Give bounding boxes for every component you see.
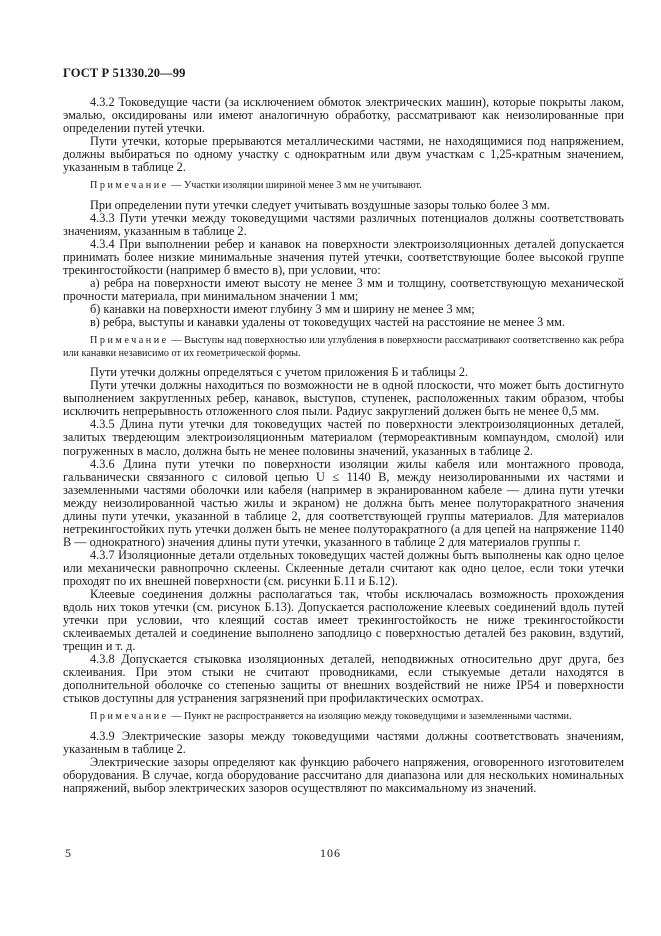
note: Примечание — Пункт не распространяется н… [63, 711, 624, 724]
paragraph: Электрические зазоры определяют как функ… [63, 756, 624, 795]
paragraph-4-3-6: 4.3.6 Длина пути утечки по поверхности и… [63, 458, 624, 549]
paragraph-4-3-2: 4.3.2 Токоведущие части (за исключением … [63, 96, 624, 135]
paragraph-4-3-9: 4.3.9 Электрические зазоры между токовед… [63, 730, 624, 756]
paragraph-4-3-3: 4.3.3 Пути утечки между токоведущими час… [63, 212, 624, 238]
note-label: Примечание [90, 711, 169, 722]
note: Примечание — Участки изоляции шириной ме… [63, 180, 624, 193]
paragraph: Пути утечки должны находиться по возможн… [63, 379, 624, 418]
list-item-v: в) ребра, выступы и канавки удалены от т… [63, 316, 624, 329]
paragraph-4-3-4: 4.3.4 При выполнении ребер и канавок на … [63, 238, 624, 277]
document-header: ГОСТ Р 51330.20—99 [63, 66, 185, 81]
paragraph-4-3-5: 4.3.5 Длина пути утечки для токоведущих … [63, 418, 624, 457]
paragraph: Клеевые соединения должны располагаться … [63, 588, 624, 653]
paragraph: При определении пути утечки следует учит… [63, 199, 624, 212]
paragraph-4-3-8: 4.3.8 Допускается стыковка изоляционных … [63, 653, 624, 705]
paragraph: Пути утечки, которые прерываются металли… [63, 135, 624, 174]
note-label: Примечание [90, 180, 169, 191]
note-label: Примечание [90, 335, 169, 346]
page-section-number: 5 [65, 846, 71, 861]
note-text: — Пункт не распространяется на изоляцию … [169, 711, 572, 722]
page-number: 106 [320, 846, 341, 861]
list-item-a: а) ребра на поверхности имеют высоту не … [63, 277, 624, 303]
document-body: 4.3.2 Токоведущие части (за исключением … [63, 96, 624, 795]
paragraph-4-3-7: 4.3.7 Изоляционные детали отдельных токо… [63, 549, 624, 588]
note: Примечание — Выступы над поверхностью ил… [63, 335, 624, 360]
note-text: — Участки изоляции шириной менее 3 мм не… [169, 180, 422, 191]
